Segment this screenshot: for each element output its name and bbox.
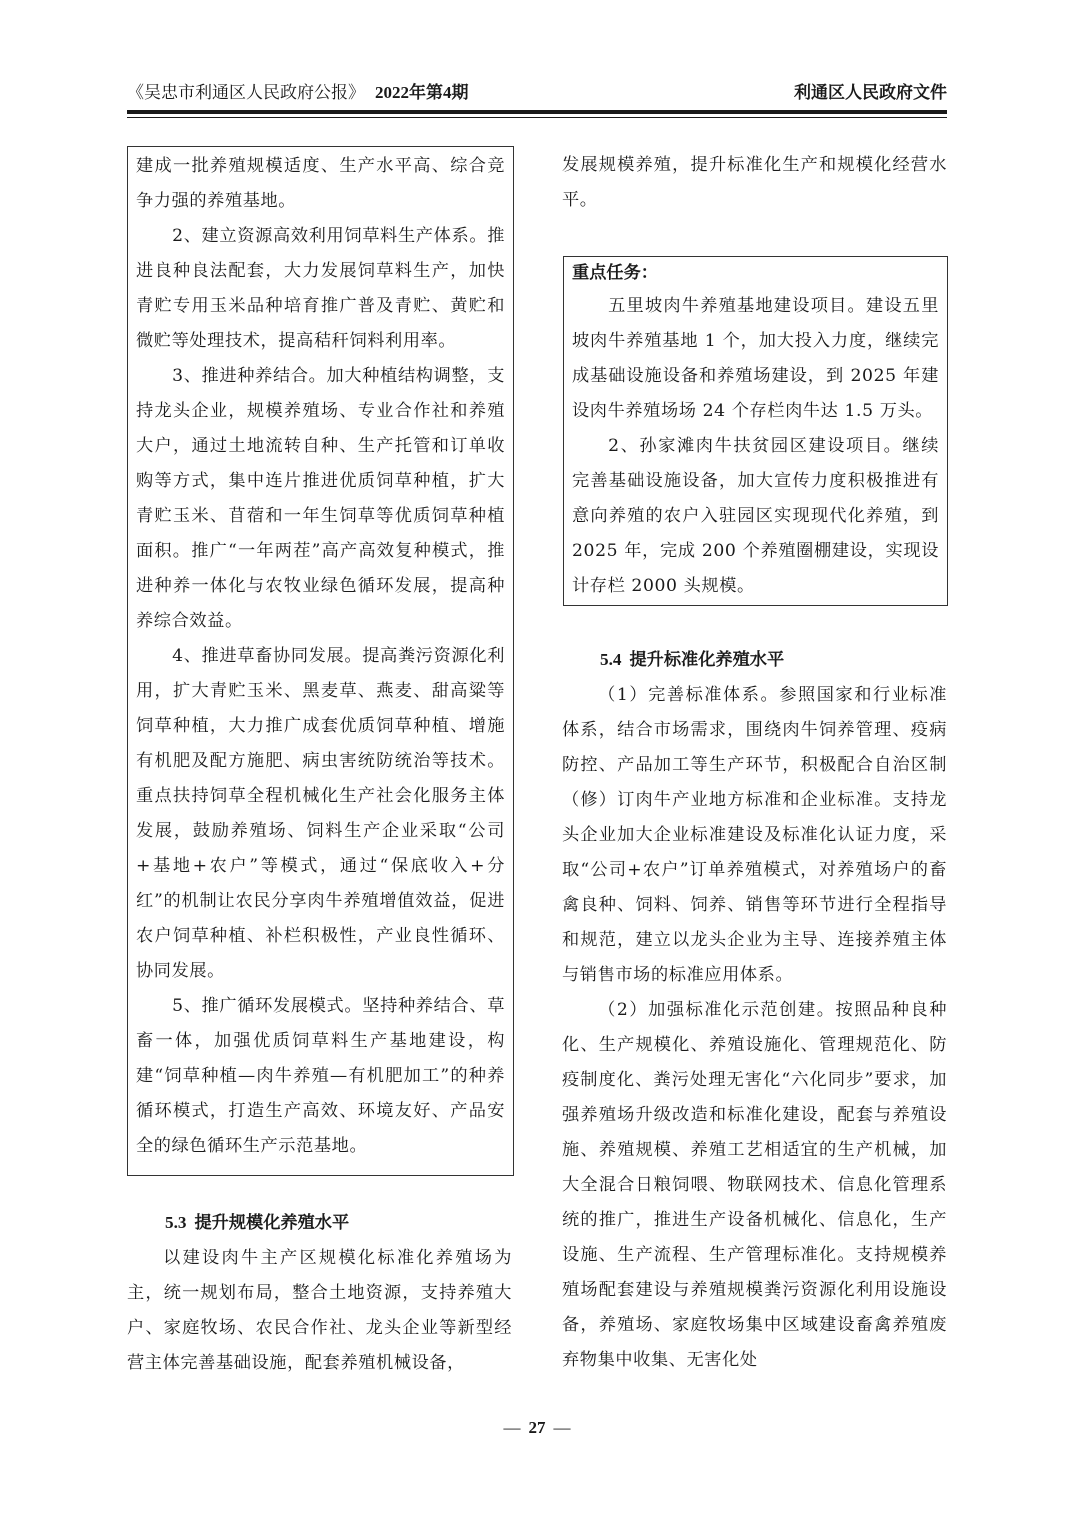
- footer-dash-right: —: [554, 1418, 571, 1437]
- section-title: 提升规模化养殖水平: [194, 1213, 349, 1233]
- footer-dash-left: —: [504, 1418, 521, 1437]
- section-heading: 5.4提升标准化养殖水平: [562, 642, 947, 678]
- section-paragraph: （1）完善标准体系。参照国家和行业标准体系，结合市场需求，围绕肉牛饲养管理、疫病…: [562, 678, 947, 993]
- section-heading: 5.3提升规模化养殖水平: [127, 1205, 512, 1241]
- box-paragraph: 3、推进种养结合。加大种植结构调整，支持龙头企业，规模养殖场、专业合作社和养殖大…: [136, 359, 505, 639]
- continuation-paragraph: 发展规模养殖，提升标准化生产和规模化经营水平。: [562, 148, 947, 218]
- page-header: 《吴忠市利通区人民政府公报》2022年第4期 利通区人民政府文件: [127, 78, 947, 102]
- continuation-text: 发展规模养殖，提升标准化生产和规模化经营水平。: [562, 148, 947, 218]
- box-paragraph: 建成一批养殖规模适度、生产水平高、综合竞争力强的养殖基地。: [136, 149, 505, 219]
- section-5-3: 5.3提升规模化养殖水平 以建设肉牛主产区规模化标准化养殖场为主，统一规划布局，…: [127, 1205, 512, 1381]
- section-5-4: 5.4提升标准化养殖水平 （1）完善标准体系。参照国家和行业标准体系，结合市场需…: [562, 642, 947, 1378]
- publication-title: 《吴忠市利通区人民政府公报》: [127, 83, 365, 103]
- section-paragraph: （2）加强标准化示范创建。按照品种良种化、生产规模化、养殖设施化、管理规范化、防…: [562, 993, 947, 1378]
- measures-box: 建成一批养殖规模适度、生产水平高、综合竞争力强的养殖基地。 2、建立资源高效利用…: [127, 146, 514, 1176]
- header-rule-thin: [127, 117, 947, 118]
- section-number: 5.4: [600, 650, 621, 669]
- header-section: 利通区人民政府文件: [794, 78, 947, 103]
- issue-label: 2022年第4期: [375, 83, 469, 102]
- box-paragraph: 5、推广循环发展模式。坚持种养结合、草畜一体，加强优质饲草料生产基地建设，构建“…: [136, 989, 505, 1164]
- box-paragraph: 2、建立资源高效利用饲草料生产体系。推进良种良法配套，大力发展饲草料生产，加快青…: [136, 219, 505, 359]
- section-number: 5.3: [165, 1213, 186, 1232]
- key-task-paragraph: 2、孙家滩肉牛扶贫园区建设项目。继续完善基础设施设备，加大宣传力度积极推进有意向…: [572, 429, 939, 604]
- page-footer: —27—: [0, 1418, 1074, 1438]
- header-publication: 《吴忠市利通区人民政府公报》2022年第4期: [127, 78, 469, 103]
- key-task-paragraph: 五里坡肉牛养殖基地建设项目。建设五里坡肉牛养殖基地 1 个，加大投入力度，继续完…: [572, 289, 939, 429]
- header-rule-thick: [127, 110, 947, 114]
- box-paragraph: 4、推进草畜协同发展。提高粪污资源化利用，扩大青贮玉米、黑麦草、燕麦、甜高粱等饲…: [136, 639, 505, 989]
- section-title: 提升标准化养殖水平: [629, 650, 784, 670]
- page-number: 27: [529, 1418, 546, 1437]
- key-tasks-title: 重点任务：: [572, 257, 939, 289]
- key-tasks-box: 重点任务： 五里坡肉牛养殖基地建设项目。建设五里坡肉牛养殖基地 1 个，加大投入…: [563, 256, 948, 606]
- section-paragraph: 以建设肉牛主产区规模化标准化养殖场为主，统一规划布局，整合土地资源，支持养殖大户…: [127, 1241, 512, 1381]
